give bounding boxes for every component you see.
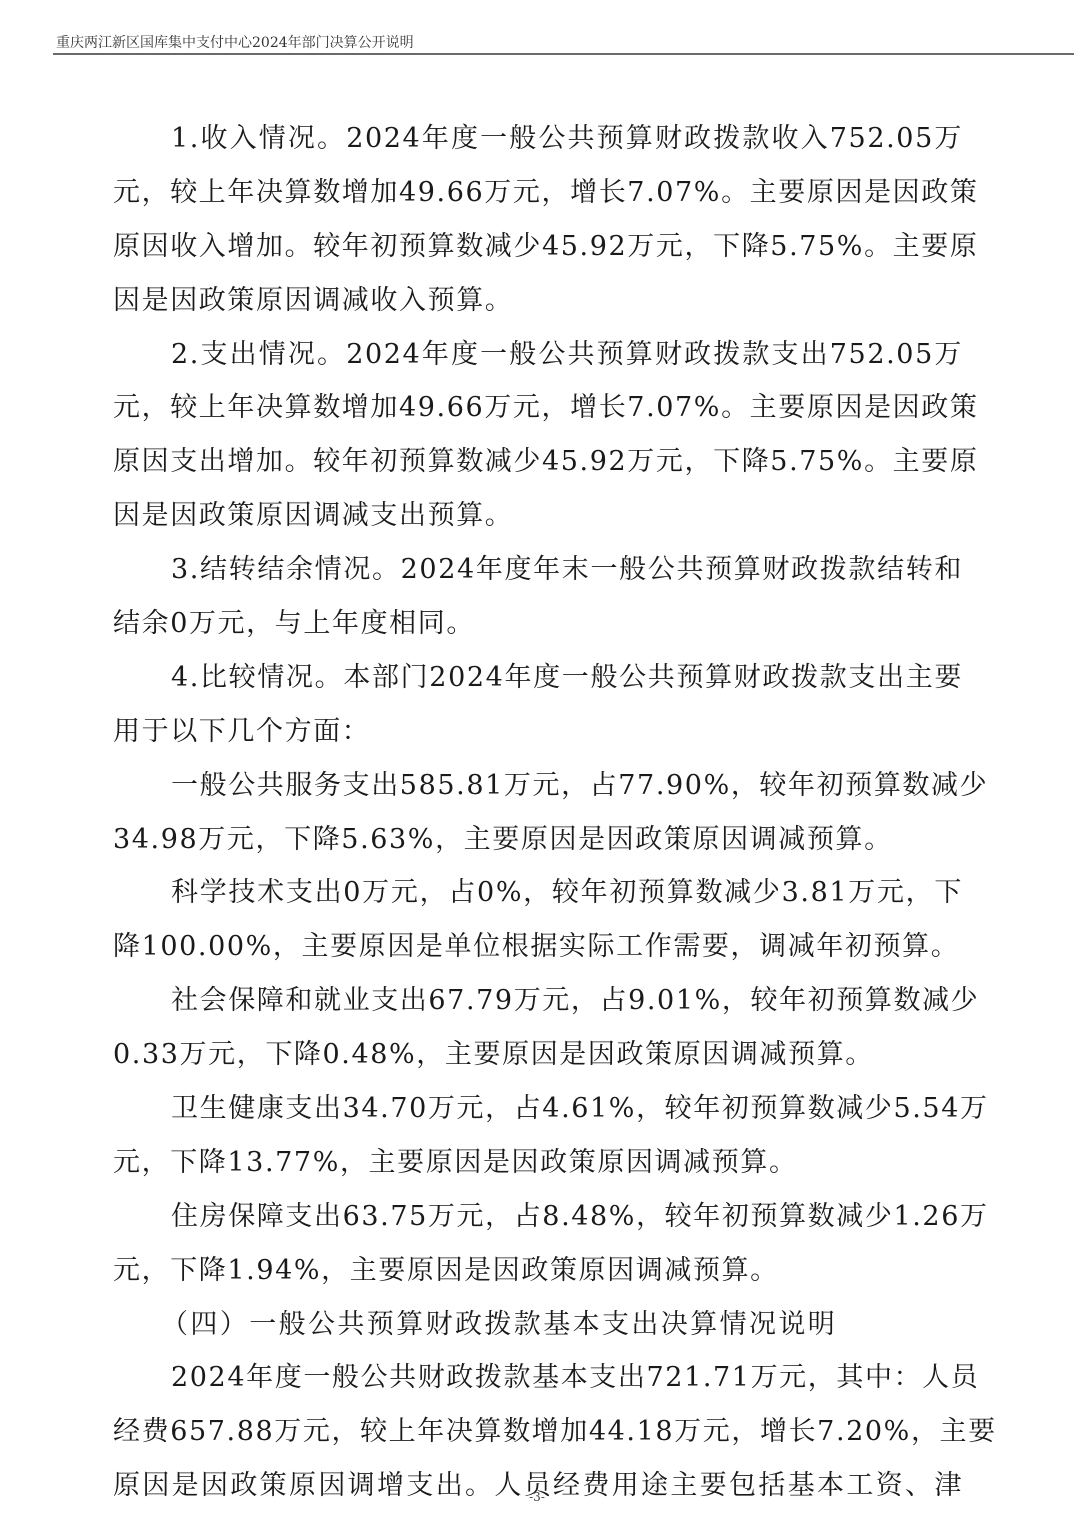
paragraph-general-public-services-line: 34.98万元，下降5.63%，主要原因是因政策原因调减预算。 — [113, 813, 963, 867]
paragraph-science-technology-line: 降100.00%，主要原因是单位根据实际工作需要，调减年初预算。 — [113, 920, 963, 974]
paragraph-science-technology-line: 科学技术支出0万元，占0%，较年初预算数减少3.81万元，下 — [113, 866, 963, 920]
paragraph-health-line: 卫生健康支出34.70万元，占4.61%，较年初预算数减少5.54万 — [113, 1082, 963, 1136]
paragraph-basic-expenditure-line: 原因是因政策原因调增支出。人员经费用途主要包括基本工资、津 — [113, 1459, 963, 1513]
paragraph-expenditure-line: 元，较上年决算数增加49.66万元，增长7.07%。主要原因是因政策 — [113, 381, 963, 435]
paragraph-income-line: 原因收入增加。较年初预算数减少45.92万元，下降5.75%。主要原 — [113, 220, 963, 274]
paragraph-housing-line: 元，下降1.94%，主要原因是因政策原因调减预算。 — [113, 1244, 963, 1298]
document-body: 1.收入情况。2024年度一般公共预算财政拨款收入752.05万 元，较上年决算… — [113, 112, 963, 1513]
paragraph-housing-line: 住房保障支出63.75万元，占8.48%，较年初预算数减少1.26万 — [113, 1190, 963, 1244]
section-heading: （四）一般公共预算财政拨款基本支出决算情况说明 — [113, 1298, 963, 1352]
paragraph-expenditure-line: 原因支出增加。较年初预算数减少45.92万元，下降5.75%。主要原 — [113, 435, 963, 489]
document-title: 重庆两江新区国库集中支付中心2024年部门决算公开说明 — [56, 32, 414, 52]
paragraph-carryover-line: 结余0万元，与上年度相同。 — [113, 597, 963, 651]
paragraph-expenditure-line: 2.支出情况。2024年度一般公共预算财政拨款支出752.05万 — [113, 328, 963, 382]
paragraph-health-line: 元，下降13.77%，主要原因是因政策原因调减预算。 — [113, 1136, 963, 1190]
page-header: 重庆两江新区国库集中支付中心2024年部门决算公开说明 — [53, 30, 1074, 54]
paragraph-income-line: 因是因政策原因调减收入预算。 — [113, 274, 963, 328]
paragraph-carryover-line: 3.结转结余情况。2024年度年末一般公共预算财政拨款结转和 — [113, 543, 963, 597]
paragraph-social-security-line: 0.33万元，下降0.48%，主要原因是因政策原因调减预算。 — [113, 1028, 963, 1082]
paragraph-comparison-line: 4.比较情况。本部门2024年度一般公共预算财政拨款支出主要 — [113, 651, 963, 705]
paragraph-comparison-line: 用于以下几个方面： — [113, 705, 963, 759]
paragraph-expenditure-line: 因是因政策原因调减支出预算。 — [113, 489, 963, 543]
paragraph-social-security-line: 社会保障和就业支出67.79万元，占9.01%，较年初预算数减少 — [113, 974, 963, 1028]
paragraph-basic-expenditure-line: 经费657.88万元，较上年决算数增加44.18万元，增长7.20%，主要 — [113, 1405, 963, 1459]
header-divider — [53, 53, 1074, 55]
paragraph-general-public-services-line: 一般公共服务支出585.81万元，占77.90%，较年初预算数减少 — [113, 759, 963, 813]
page-number: -3- — [0, 1490, 1074, 1504]
paragraph-income-line: 1.收入情况。2024年度一般公共预算财政拨款收入752.05万 — [113, 112, 963, 166]
paragraph-income-line: 元，较上年决算数增加49.66万元，增长7.07%。主要原因是因政策 — [113, 166, 963, 220]
paragraph-basic-expenditure-line: 2024年度一般公共财政拨款基本支出721.71万元，其中：人员 — [113, 1351, 963, 1405]
